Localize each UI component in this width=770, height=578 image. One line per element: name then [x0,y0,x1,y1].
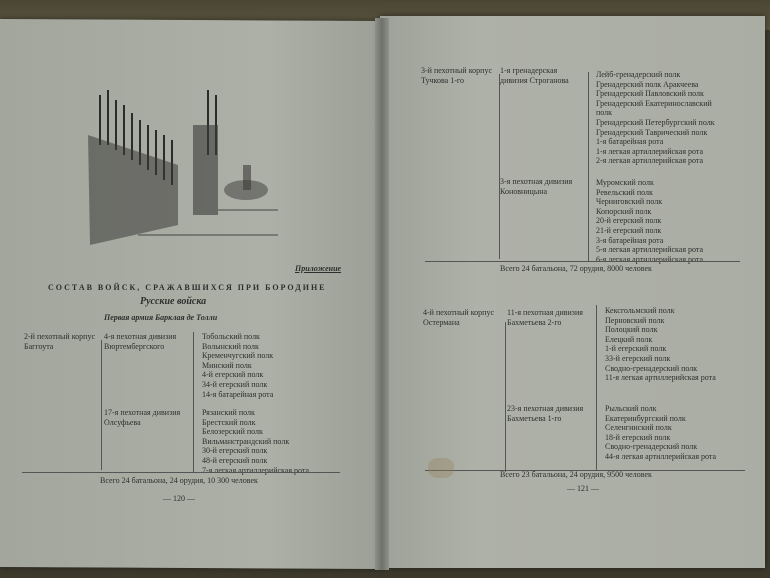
unit-item: Гренадерский Петербургский полк [596,118,726,128]
corps-label: 2-й пехотный корпус Баггоута [24,332,100,351]
unit-item: 34-й егерский полк [202,380,273,390]
unit-item: Волынский полк [202,342,273,352]
unit-item: Сводно-гренадерский полк [605,442,716,452]
column-divider [596,305,597,471]
unit-item: Гренадерский Таврический полк [596,128,726,138]
unit-item: Перновский полк [605,316,716,326]
subtitle: Русские войска [140,297,206,307]
total-line: Всего 24 батальона, 24 орудия, 10 300 че… [100,476,258,486]
column-divider [499,74,500,259]
unit-item: Гренадерский полк Аракчеева [596,80,726,90]
unit-item: Минский полк [202,361,273,371]
unit-item: 3-я батарейная рота [596,236,703,246]
unit-item: Елецкий полк [605,335,716,345]
corps-label: 3-й пехотный корпус Тучкова 1-го [421,66,497,85]
unit-list: Лейб-гренадерский полк Гренадерский полк… [596,70,726,166]
unit-list: Рыльский полк Екатеринбургский полк Селе… [605,404,716,462]
page-title: СОСТАВ ВОЙСК, СРАЖАВШИХСЯ ПРИ БОРОДИНЕ [48,283,327,293]
unit-item: 48-й егерский полк [202,456,309,466]
unit-item: Вильманстрандский полк [202,437,309,447]
column-divider [101,340,102,470]
unit-item: 30-й егерский полк [202,446,309,456]
total-line: Всего 23 батальона, 24 орудия, 9500 чело… [500,470,652,480]
unit-item: 4-й егерский полк [202,370,273,380]
unit-item: Ревельский полк [596,188,703,198]
book-gutter [375,18,389,570]
corps-label: 4-й пехотный корпус Остермана [423,308,499,327]
unit-item: Екатеринбургский полк [605,414,716,424]
unit-item: 1-я легкая артиллерийская рота [596,147,726,157]
unit-item: 2-я легкая артиллерийская рота [596,156,726,166]
illustration-soldiers-icon [78,85,288,245]
division-label: 1-я гренадерская дивизия Строганова [500,66,585,85]
unit-item: Сводно-гренадерский полк [605,364,716,374]
unit-item: Тобольский полк [202,332,273,342]
unit-item: Полоцкий полк [605,325,716,335]
unit-item: 1-я батарейная рота [596,137,726,147]
unit-list: Муромский полк Ревельский полк Черниговс… [596,178,703,264]
division-label: 11-я пехотная дивизия Бахметьева 2-го [507,308,597,327]
division-label: 3-я пехотная дивизия Коновницына [500,177,585,196]
unit-item: 7-я легкая артиллерийская рота [202,466,309,476]
total-divider [22,472,340,473]
page-number: — 121 — [567,484,599,494]
unit-item: 5-я легкая артиллерийская рота [596,245,703,255]
unit-item: Кексгольмский полк [605,306,716,316]
page-number: — 120 — [163,494,195,504]
unit-item: Кременчугский полк [202,351,273,361]
unit-list: Кексгольмский полк Перновский полк Полоц… [605,306,716,383]
unit-item: Черниговский полк [596,197,703,207]
unit-item: 20-й егерский полк [596,216,703,226]
unit-item: Брестский полк [202,418,309,428]
unit-item: Рязанский полк [202,408,309,418]
column-divider [505,322,506,472]
division-label: 17-я пехотная дивизия Олсуфьева [104,408,189,427]
unit-item: 44-я легкая артиллерийская рота [605,452,716,462]
column-divider [588,72,589,262]
unit-item: 14-я батарейная рота [202,390,273,400]
unit-item: 21-й егерский полк [596,226,703,236]
paper-stain [428,458,454,478]
division-label: 23-я пехотная дивизия Бахметьева 1-го [507,404,597,423]
unit-item: Гренадерский Екатеринославский полк [596,99,726,118]
unit-item: 18-й егерский полк [605,433,716,443]
unit-item: Селенгинский полк [605,423,716,433]
unit-item: 33-й егерский полк [605,354,716,364]
unit-list: Рязанский полк Брестский полк Белозерски… [202,408,309,475]
unit-item: 11-я легкая артиллерийская рота [605,373,716,383]
unit-item: Белозерский полк [202,427,309,437]
appendix-label: Приложение [295,264,341,274]
total-divider [425,261,740,262]
column-divider [193,332,194,472]
division-label: 4-я пехотная дивизия Вюртембергского [104,332,189,351]
unit-item: 1-й егерский полк [605,344,716,354]
unit-list: Тобольский полк Волынский полк Кременчуг… [202,332,273,399]
unit-item: Лейб-гренадерский полк [596,70,726,80]
unit-item: Рыльский полк [605,404,716,414]
unit-item: 6-я легкая артиллерийская рота [596,255,703,265]
unit-item: Копорский полк [596,207,703,217]
army-heading: Первая армия Барклая де Толли [104,313,217,323]
total-line: Всего 24 батальона, 72 орудия, 8000 чело… [500,264,652,274]
unit-item: Муромский полк [596,178,703,188]
unit-item: Гренадерский Павловский полк [596,89,726,99]
